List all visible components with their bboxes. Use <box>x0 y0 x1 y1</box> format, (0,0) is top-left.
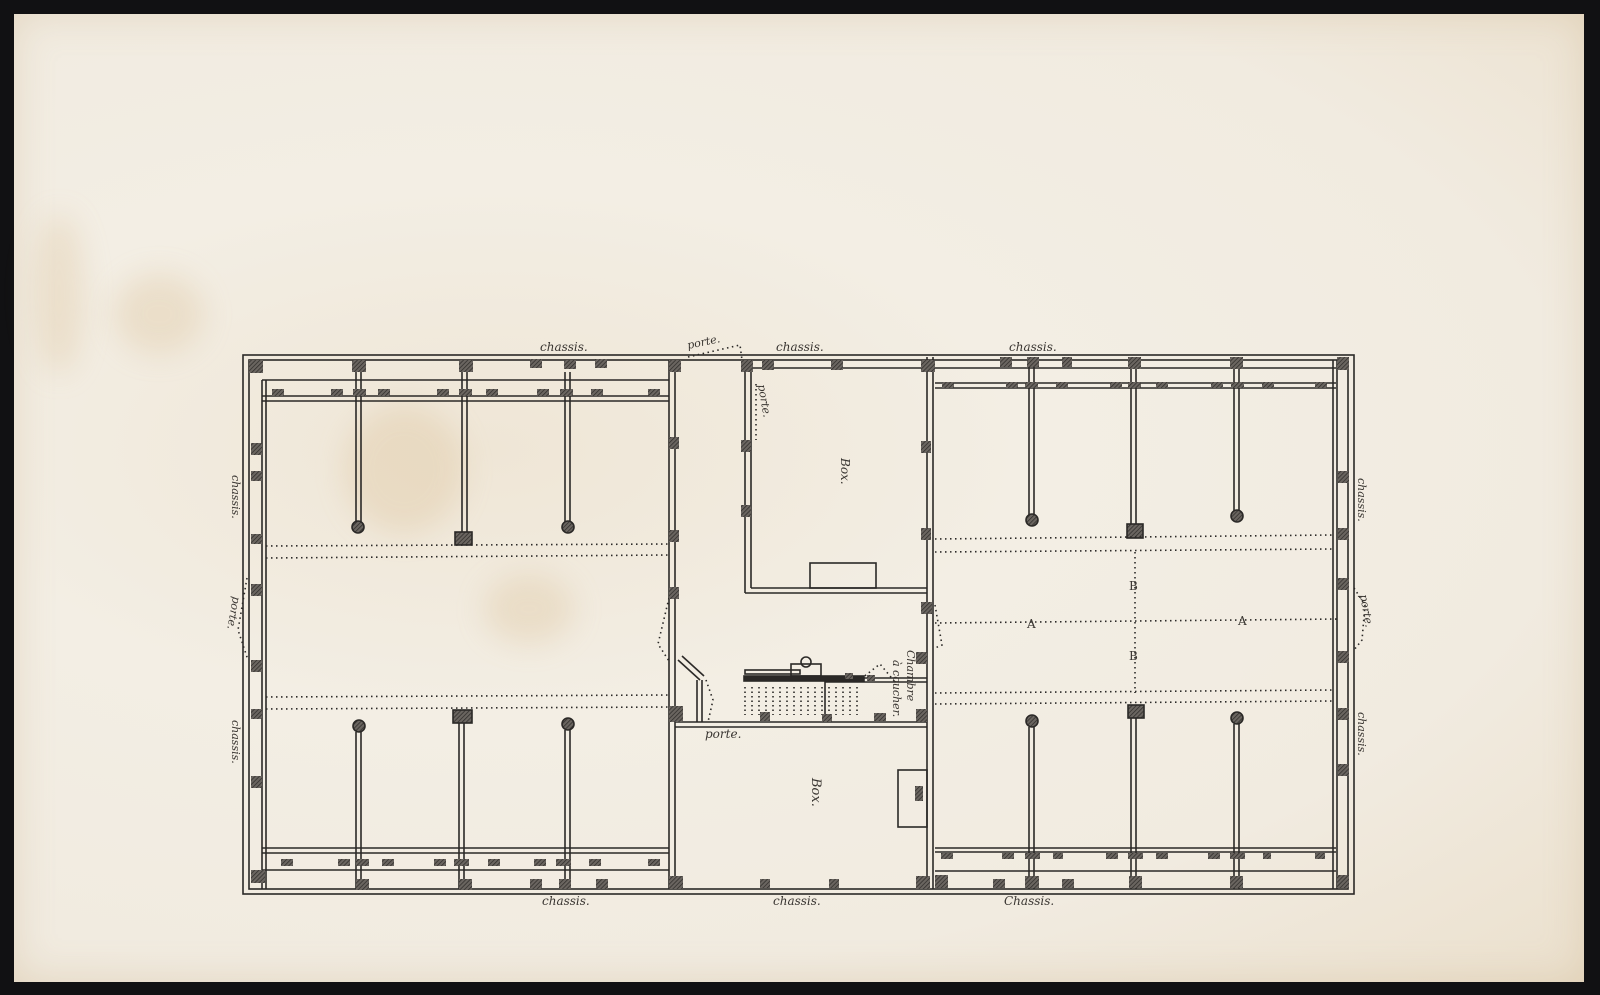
pillars <box>249 357 1349 890</box>
label-chamber-line2: à coucher. <box>890 660 903 717</box>
label-axis-b-bottom: B <box>1129 649 1138 663</box>
label-porte-lower: porte. <box>705 727 741 741</box>
label-chassis-top-left: chassis. <box>540 340 588 354</box>
label-chassis-top-center: chassis. <box>776 340 824 354</box>
label-chassis-bottom-left: chassis. <box>542 894 590 908</box>
label-porte-top: porte. <box>686 332 721 352</box>
label-box-upper: Box. <box>838 457 852 485</box>
left-wing-stalls <box>262 372 669 889</box>
plan-labels: chassis. porte. chassis. chassis. porte.… <box>224 332 1375 908</box>
label-chassis-bottom-center: chassis. <box>773 894 821 908</box>
label-chassis-top-right: chassis. <box>1009 340 1057 354</box>
label-chassis-left-lower: chassis. <box>229 720 242 764</box>
label-chassis-bottom-right: Chassis. <box>1004 894 1054 908</box>
label-chassis-left-upper: chassis. <box>229 475 242 519</box>
label-chamber: Chambre à coucher. <box>890 650 917 717</box>
label-chassis-right-lower: chassis. <box>1355 712 1368 756</box>
outer-wall <box>243 355 1354 894</box>
center-wing-walls <box>669 357 933 889</box>
label-axis-a-left: A <box>1026 617 1036 631</box>
label-porte-left: porte. <box>224 595 243 630</box>
label-chamber-line1: Chambre <box>904 650 917 702</box>
right-wing-stalls <box>935 360 1337 889</box>
label-box-lower: Box. <box>808 777 823 807</box>
label-porte-right: porte. <box>1357 593 1376 628</box>
label-chassis-right-upper: chassis. <box>1355 478 1368 522</box>
label-axis-b-top: B <box>1129 579 1138 593</box>
label-porte-box-upper: porte. <box>755 383 774 418</box>
label-axis-a-right: A <box>1237 614 1247 628</box>
floor-plan: chassis. porte. chassis. chassis. porte.… <box>0 0 1600 995</box>
